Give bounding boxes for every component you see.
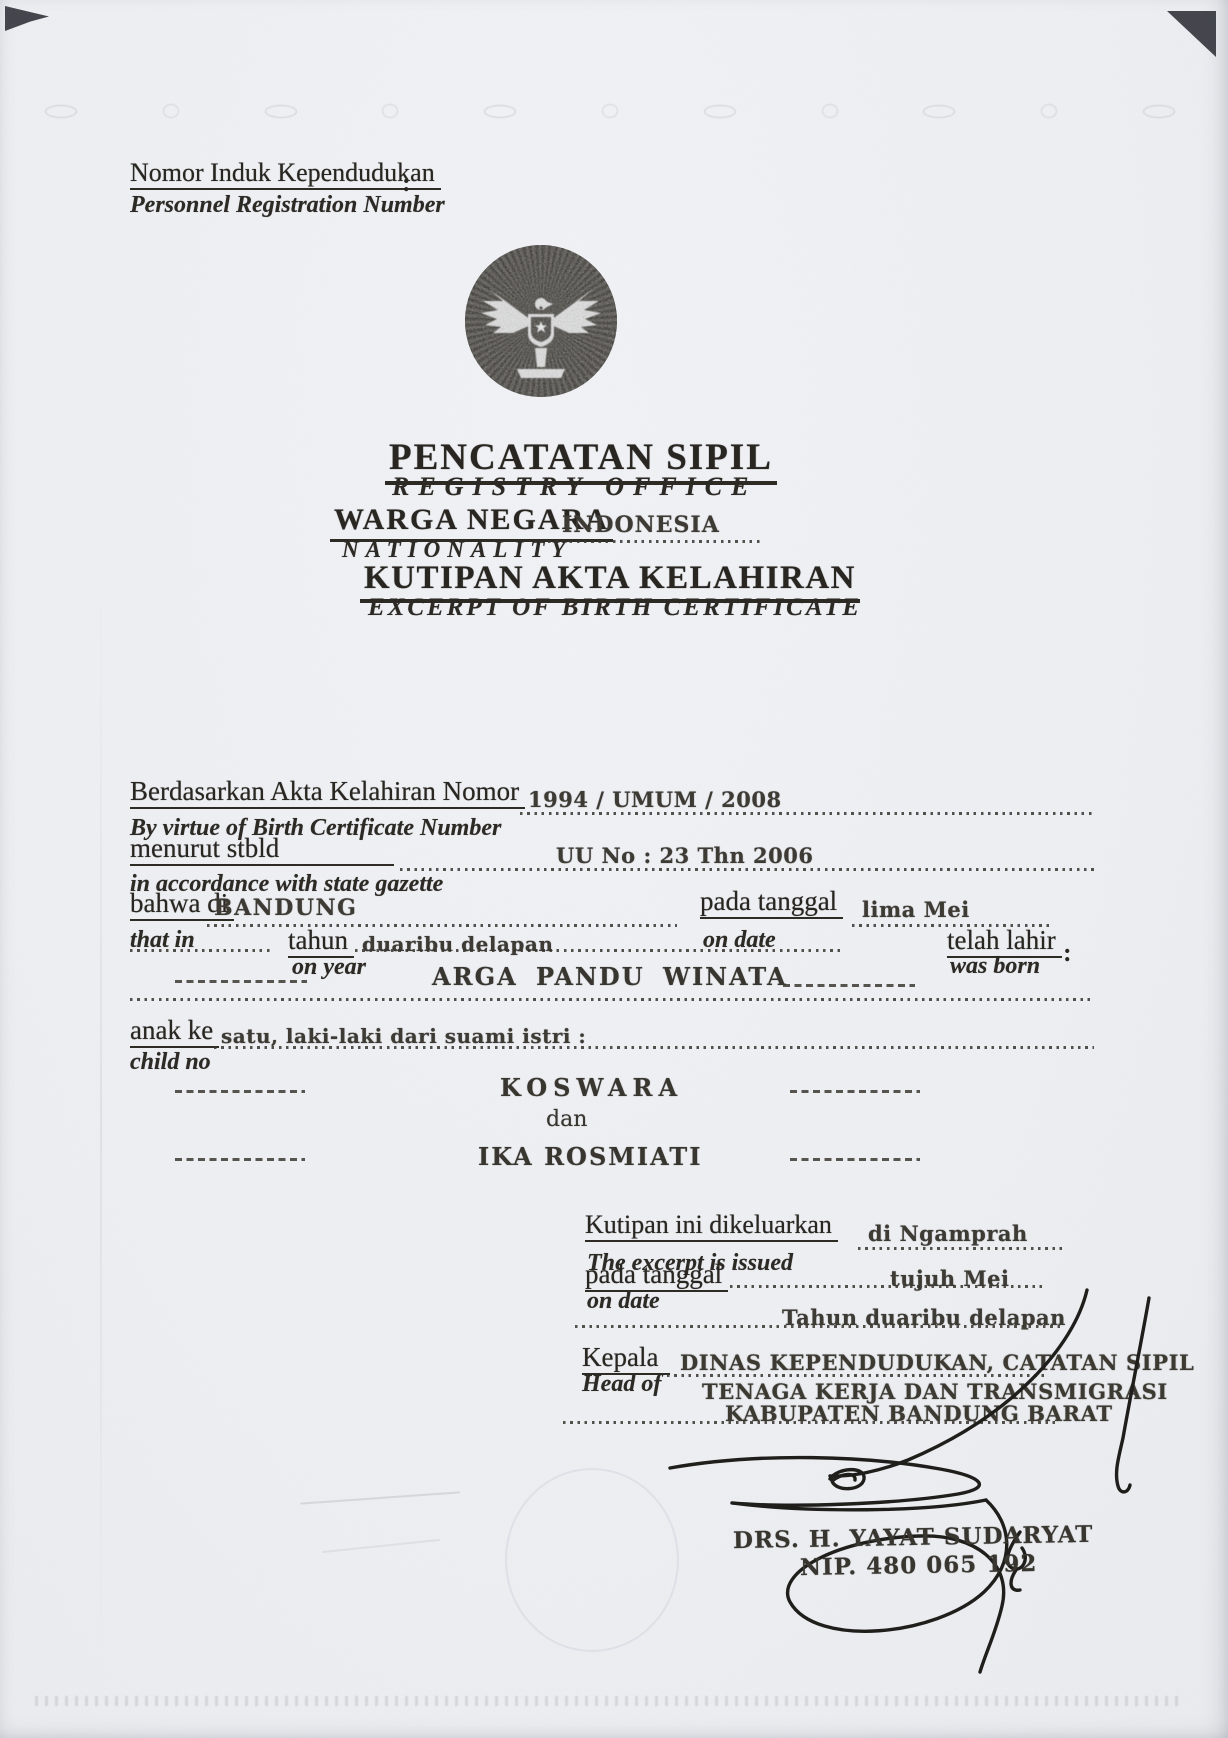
bottom-border-ghost [35,1696,1185,1706]
cert-number-label: Berdasarkan Akta Kelahiran Nomor [130,777,525,809]
mother-name: IKA ROSMIATI [478,1142,702,1171]
dotted-line [355,949,840,952]
ornament-band [45,94,1175,128]
birth-year-value: duaribu delapan [362,932,553,956]
pencil-smudge [300,1491,460,1504]
birth-date-label: pada tanggal [700,887,843,919]
child-no-label-en: child no [130,1049,211,1076]
father-name: KOSWARA [500,1073,683,1102]
dotted-line [207,924,677,927]
dotted-line [400,868,1095,871]
garuda-pancasila-emblem [465,245,617,397]
scan-corner-mark-top-left [5,6,49,31]
dotted-line [548,540,764,543]
cert-number-value: 1994 / UMUM / 2008 [528,787,782,812]
nationality-value: INDONESIA [562,512,720,538]
registration-number-label: Nomor Induk Kependudukan [130,159,441,190]
issued-label: Kutipan ini dikeluarkan [585,1211,838,1242]
child-no-label: anak ke [130,1016,219,1048]
pencil-smudge [322,1539,440,1553]
birth-date-value: lima Mei [862,897,970,922]
birth-place-value: BANDUNG [214,895,357,921]
dash-line [790,1090,920,1093]
dash-line [790,1158,920,1161]
signer-nip: NIP. 480 065 192 [800,1550,1038,1581]
gazette-value: UU No : 23 Thn 2006 [556,843,813,868]
was-born-label-en: was born [950,953,1040,980]
certificate-title-en: EXCERPT OF BIRTH CERTIFICATE [368,594,862,622]
dotted-line [214,1046,1094,1049]
scan-corner-mark-top-right [1167,11,1216,57]
issued-place-value: di Ngamprah [868,1221,1028,1246]
dotted-line [520,812,1095,815]
birth-year-label-en: on year [292,954,366,981]
dash-line [175,1090,305,1093]
child-no-value: satu, laki-laki dari suami istri : [221,1024,586,1048]
paper-crease [100,560,102,1660]
dash-line [175,980,307,983]
dotted-line [858,1247,1063,1250]
child-name: ARGA PANDU WINATA [432,962,788,991]
emblem-grain [465,245,617,397]
registration-number-label-en: Personnel Registration Number [130,192,445,219]
conjunction-dan: dan [546,1107,587,1132]
birth-certificate-scan: Nomor Induk Kependudukan : Personnel Reg… [0,0,1228,1738]
dotted-line [130,998,1095,1001]
dash-line [783,984,915,987]
signature-handwritten [640,1280,1180,1680]
registry-office-title-en: REGISTRY OFFICE [392,472,757,502]
dotted-line [130,949,272,952]
gazette-label: menurut stbld [130,834,394,866]
dash-line [175,1158,305,1161]
was-born-colon: : [1063,938,1072,968]
